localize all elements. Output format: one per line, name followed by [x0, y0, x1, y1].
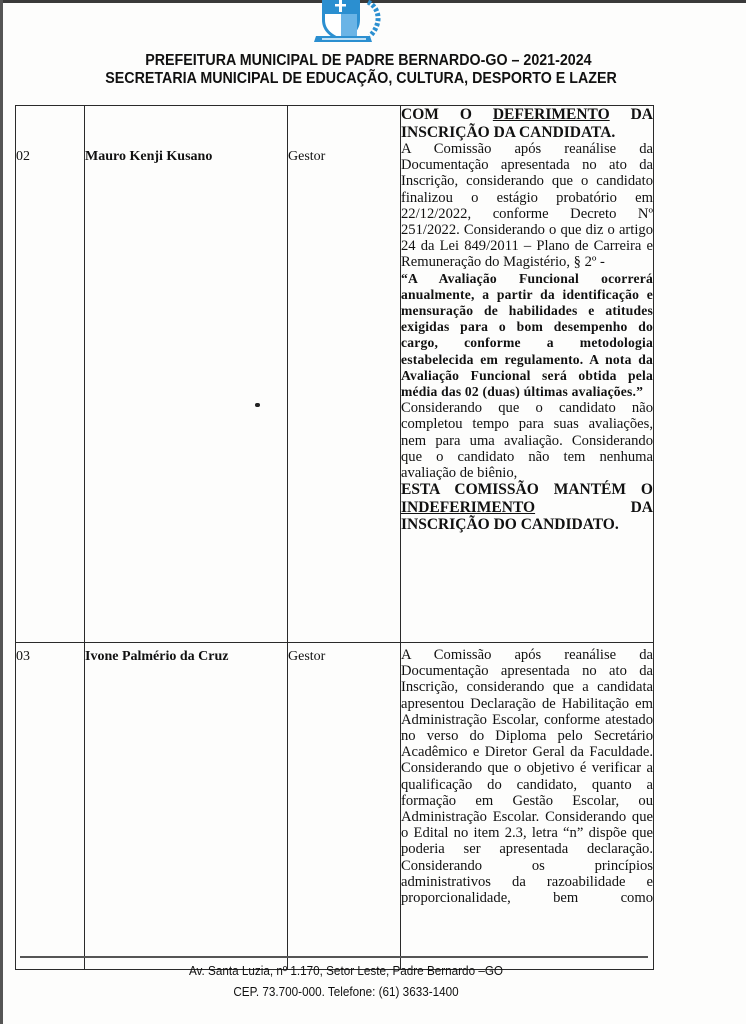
- candidates-table: 02 Mauro Kenji Kusano Gestor COM O DEFER…: [15, 105, 654, 970]
- decision-conclusion: ESTA COMISSÃO MANTÉM O INDEFERIMENTO DA …: [401, 481, 653, 534]
- scan-speck: [255, 403, 260, 407]
- candidate-name: Ivone Palmério da Cruz: [85, 643, 288, 970]
- table-row: 03 Ivone Palmério da Cruz Gestor A Comis…: [16, 643, 654, 970]
- conclusion-line: INSCRIÇÃO DO CANDIDATO.: [401, 516, 653, 534]
- row-number: 02: [16, 106, 85, 643]
- candidate-role: Gestor: [288, 106, 401, 643]
- legal-quote: “A Avaliação Funcional ocorrerá anualmen…: [401, 271, 653, 401]
- header-line-secretaria: SECRETARIA MUNICIPAL DE EDUCAÇÃO, CULTUR…: [6, 70, 716, 88]
- decision-cell: COM O DEFERIMENTO DA INSCRIÇÃO DA CANDID…: [401, 106, 654, 643]
- footer-address: Av. Santa Luzia, nº 1.170, Setor Leste, …: [0, 960, 709, 981]
- decision-body-continued: Considerando que o candidato não complet…: [401, 400, 653, 481]
- row-number: 03: [16, 643, 85, 970]
- conclusion-line: INDEFERIMENTO DA: [401, 499, 653, 517]
- document-footer: Av. Santa Luzia, nº 1.170, Setor Leste, …: [37, 960, 708, 1002]
- candidate-role: Gestor: [288, 643, 401, 970]
- footer-divider: [20, 956, 648, 958]
- heading-text: COM O: [401, 106, 493, 123]
- conclusion-line: ESTA COMISSÃO MANTÉM O: [401, 481, 653, 499]
- left-frame-edge: [0, 0, 3, 1024]
- indeferimento-text: INDEFERIMENTO: [401, 499, 535, 517]
- decision-heading: COM O DEFERIMENTO DA INSCRIÇÃO DA CANDID…: [401, 106, 653, 141]
- candidate-name: Mauro Kenji Kusano: [85, 106, 288, 643]
- decision-body: A Comissão após reanálise da Documentaçã…: [401, 643, 653, 906]
- heading-underlined-text: DEFERIMENTO: [493, 106, 610, 123]
- footer-contact: CEP. 73.700-000. Telefone: (61) 3633-140…: [0, 981, 709, 1002]
- decision-cell: A Comissão após reanálise da Documentaçã…: [401, 643, 654, 970]
- header-line-prefeitura: PREFEITURA MUNICIPAL DE PADRE BERNARDO-G…: [21, 52, 717, 70]
- decision-body: A Comissão após reanálise da Documentaçã…: [401, 141, 653, 271]
- table-row: 02 Mauro Kenji Kusano Gestor COM O DEFER…: [16, 106, 654, 643]
- conclusion-da: DA: [631, 499, 653, 517]
- coat-of-arms-icon: [300, 0, 392, 44]
- document-header: PREFEITURA MUNICIPAL DE PADRE BERNARDO-G…: [30, 52, 716, 88]
